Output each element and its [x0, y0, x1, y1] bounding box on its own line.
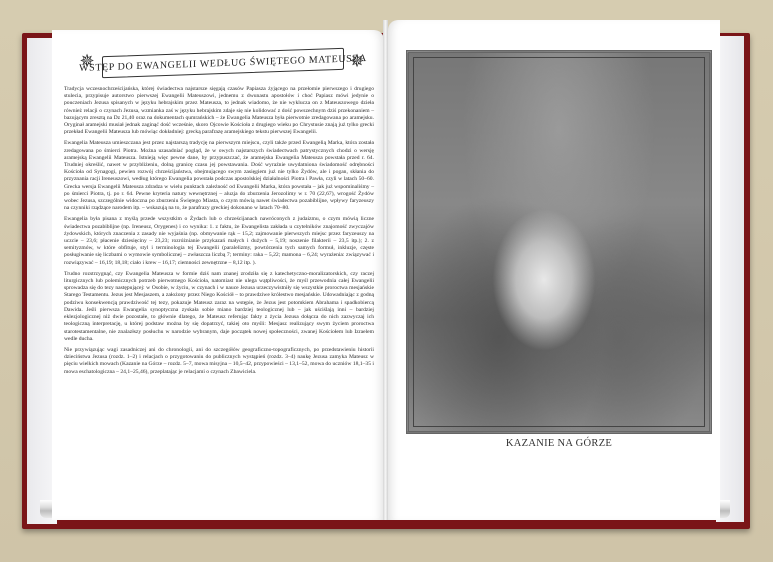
engraving-frame — [413, 57, 705, 427]
intro-text: Tradycja wczesnochrześcijańska, której ś… — [64, 86, 374, 380]
paragraph: Nie przywiązując wagi zasadniczej ani do… — [64, 347, 374, 376]
page-heading: WSTĘP DO EWANGELII WEDŁUG ŚWIĘTEGO MATEU… — [79, 52, 367, 73]
left-page: ✵ WSTĘP DO EWANGELII WEDŁUG ŚWIĘTEGO MAT… — [52, 30, 384, 520]
engraving-illustration — [406, 50, 712, 434]
right-page: KAZANIE NA GÓRZE — [388, 20, 720, 520]
paragraph: Ewangelia była pisana z myślą przede wsz… — [64, 216, 374, 266]
illustration-caption: KAZANIE NA GÓRZE — [406, 438, 712, 449]
right-page-edge — [716, 36, 744, 522]
compass-rose-icon: ✵ — [346, 50, 368, 72]
paragraph: Tradycja wczesnochrześcijańska, której ś… — [64, 86, 374, 136]
heading-banner: ✵ WSTĘP DO EWANGELII WEDŁUG ŚWIĘTEGO MAT… — [72, 46, 372, 80]
ribbon: WSTĘP DO EWANGELII WEDŁUG ŚWIĘTEGO MATEU… — [102, 48, 344, 78]
paragraph: Ewangelia Mateusza umieszczana jest prze… — [64, 140, 374, 212]
paragraph: Trudno rozstrzygnąć, czy Ewangelia Mateu… — [64, 271, 374, 343]
